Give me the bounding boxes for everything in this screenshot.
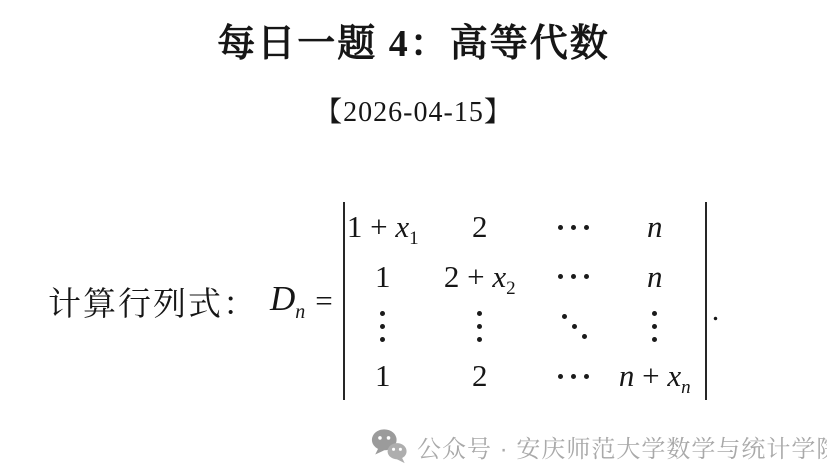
vdots-icon: [652, 311, 657, 342]
matrix-cell: 1: [347, 351, 419, 400]
matrix-cell: 1 + x1: [347, 202, 419, 251]
equals-sign: =: [315, 283, 332, 319]
matrix-row: 1 + x12n: [347, 202, 703, 251]
wechat-icon: [370, 427, 408, 465]
matrix-cell: [607, 301, 703, 350]
determinant-matrix: 1 + x12n12 + x2n12n + xn: [343, 202, 707, 400]
matrix-cell: 2: [419, 202, 541, 251]
matrix-cell: n: [607, 202, 703, 251]
vdots-icon: [380, 311, 385, 342]
problem-prompt: 计算行列式：: [48, 278, 258, 325]
matrix-cell: n: [607, 252, 703, 301]
vdots-icon: [477, 311, 482, 342]
cdots-icon: [558, 374, 589, 379]
matrix-cell: 1: [347, 252, 419, 301]
matrix-cell: [541, 351, 607, 400]
watermark-text: 公众号 · 安庆师范大学数学与统计学院: [417, 429, 827, 464]
matrix-cell: n + xn: [607, 351, 703, 400]
ddots-icon: [560, 313, 588, 341]
watermark-footer: 公众号 · 安庆师范大学数学与统计学院: [370, 427, 827, 465]
formula-period: .: [712, 294, 720, 328]
cdots-icon: [558, 274, 589, 279]
matrix-cell: 2: [419, 351, 541, 400]
matrix-row: [347, 301, 703, 350]
date-label: 【2026-04-15】: [0, 90, 827, 130]
determinant-formula: 计算行列式： Dn = 1 + x12n12 + x2n12n + xn .: [48, 196, 719, 406]
formula-lhs: Dn: [270, 279, 305, 324]
matrix-cell: [541, 301, 607, 350]
matrix-cell: 2 + x2: [419, 252, 541, 301]
matrix-cell: [541, 252, 607, 301]
matrix-cell: [419, 301, 541, 350]
page-title: 每日一题 4：高等代数: [0, 24, 827, 66]
cdots-icon: [558, 225, 589, 230]
matrix-row: 12 + x2n: [347, 252, 703, 301]
matrix-cell: [347, 301, 419, 350]
matrix-cell: [541, 202, 607, 251]
matrix-row: 12n + xn: [347, 351, 703, 400]
